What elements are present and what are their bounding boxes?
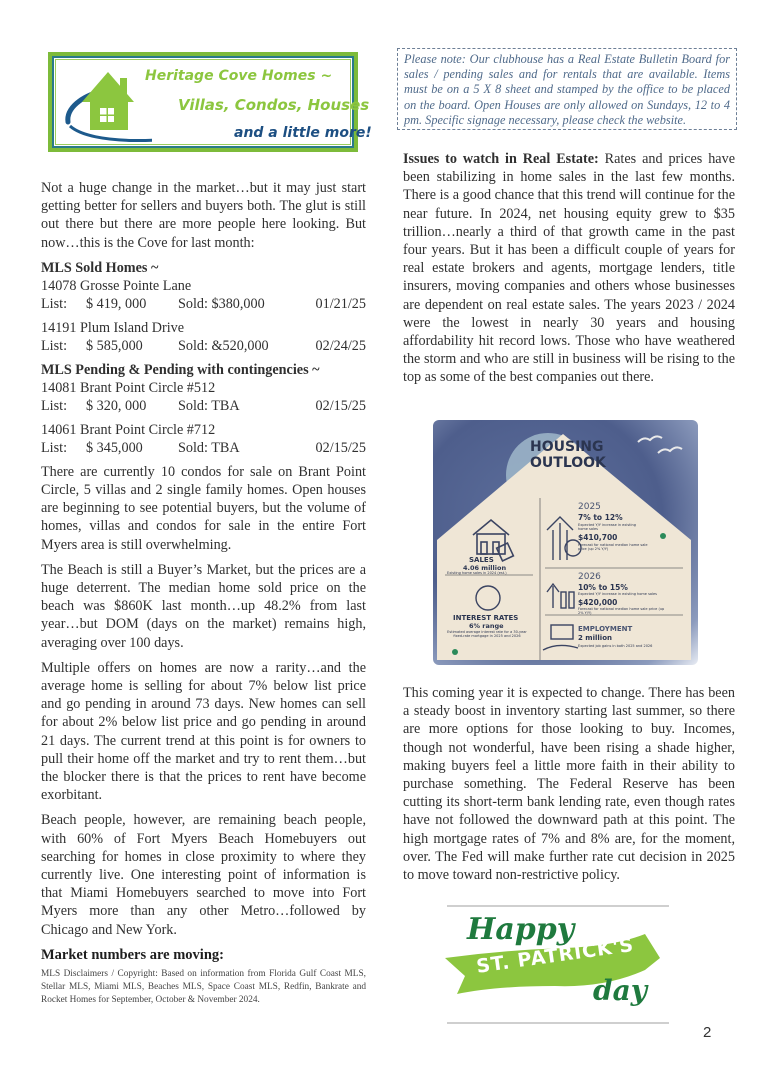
listing-address: 14061 Brant Point Circle #712 bbox=[41, 421, 366, 439]
interest-rates-value: 6% range bbox=[469, 622, 504, 630]
sold-price: Sold: $380,000 bbox=[178, 295, 298, 313]
range-2026: 10% to 15% bbox=[578, 583, 628, 592]
listing: 14191 Plum Island Drive List: $ 585,000 … bbox=[41, 319, 366, 355]
beach-market-paragraph: The Beach is still a Buyer’s Market, but… bbox=[41, 561, 366, 652]
interest-rates-label: INTEREST RATES bbox=[453, 614, 518, 622]
range-note-2026: Expected Y/Y increase in existing home s… bbox=[578, 592, 657, 596]
sold-price: Sold: TBA bbox=[178, 439, 298, 457]
price-2025: $410,700 bbox=[578, 533, 617, 542]
listing-date: 02/24/25 bbox=[298, 337, 366, 355]
listing: 14081 Brant Point Circle #512 List: $ 32… bbox=[41, 379, 366, 415]
divider-top bbox=[447, 905, 669, 907]
listing: 14061 Brant Point Circle #712 List: $ 34… bbox=[41, 421, 366, 457]
list-label: List: bbox=[41, 439, 86, 457]
logo-line-1: Heritage Cove Homes ~ bbox=[145, 68, 332, 84]
beach-people-paragraph: Beach people, however, are remaining bea… bbox=[41, 811, 366, 938]
list-label: List: bbox=[41, 337, 86, 355]
greeting-day: day bbox=[593, 974, 647, 1007]
sales-label: SALES bbox=[469, 556, 494, 564]
sales-note: Existing home sales in 2024 (est.) bbox=[447, 571, 507, 575]
notice-text: Please note: Our clubhouse has a Real Es… bbox=[404, 52, 730, 128]
price-2026: $420,000 bbox=[578, 598, 617, 607]
employment-label: EMPLOYMENT bbox=[578, 625, 632, 633]
listing-details: List: $ 419, 000 Sold: $380,000 01/21/25 bbox=[41, 295, 366, 313]
heritage-cove-logo: Heritage Cove Homes ~ Villas, Condos, Ho… bbox=[48, 52, 358, 152]
list-price: $ 320, 000 bbox=[86, 397, 178, 415]
price-note-2026: Forecast for national median home sale p… bbox=[578, 607, 668, 615]
infographic-title-2: OUTLOOK bbox=[530, 456, 606, 471]
issues-paragraph: Issues to watch in Real Estate: Rates an… bbox=[403, 150, 735, 387]
sold-homes-section: MLS Sold Homes ~ 14078 Grosse Pointe Lan… bbox=[41, 259, 366, 355]
listing-details: List: $ 320, 000 Sold: TBA 02/15/25 bbox=[41, 397, 366, 415]
listing-date: 02/15/25 bbox=[298, 397, 366, 415]
intro-paragraph: Not a huge change in the market…but it m… bbox=[41, 179, 366, 252]
list-price: $ 419, 000 bbox=[86, 295, 178, 313]
interest-rates-note: Estimated average interest rate for a 30… bbox=[447, 630, 527, 638]
infographic-title-1: HOUSING bbox=[530, 440, 604, 455]
list-label: List: bbox=[41, 295, 86, 313]
pending-section: MLS Pending & Pending with contingencies… bbox=[41, 361, 366, 457]
condos-paragraph: There are currently 10 condos for sale o… bbox=[41, 463, 366, 554]
sold-price: Sold: &520,000 bbox=[178, 337, 298, 355]
year-2025: 2025 bbox=[578, 502, 601, 512]
housing-outlook-infographic: HOUSING OUTLOOK 2025 7% to 12% Expected … bbox=[433, 420, 698, 665]
listing-date: 01/21/25 bbox=[298, 295, 366, 313]
list-price: $ 345,000 bbox=[86, 439, 178, 457]
issues-heading: Issues to watch in Real Estate: bbox=[403, 151, 599, 167]
right-column: Issues to watch in Real Estate: Rates an… bbox=[403, 150, 735, 394]
offers-paragraph: Multiple offers on homes are now a rarit… bbox=[41, 659, 366, 805]
market-numbers-heading: Market numbers are moving: bbox=[41, 946, 366, 964]
sold-price: Sold: TBA bbox=[178, 397, 298, 415]
listing-address: 14078 Grosse Pointe Lane bbox=[41, 277, 366, 295]
listing-details: List: $ 345,000 Sold: TBA 02/15/25 bbox=[41, 439, 366, 457]
house-swoosh-icon bbox=[62, 64, 152, 144]
list-label: List: bbox=[41, 397, 86, 415]
listing-date: 02/15/25 bbox=[298, 439, 366, 457]
newsletter-page: Heritage Cove Homes ~ Villas, Condos, Ho… bbox=[0, 0, 764, 1080]
bulletin-board-notice: Please note: Our clubhouse has a Real Es… bbox=[397, 48, 737, 130]
right-column-lower: This coming year it is expected to chang… bbox=[403, 684, 735, 891]
employment-note: Expected job gains in both 2025 and 2026 bbox=[578, 644, 652, 648]
pending-heading: MLS Pending & Pending with contingencies… bbox=[41, 361, 366, 379]
listing: 14078 Grosse Pointe Lane List: $ 419, 00… bbox=[41, 277, 366, 313]
listing-details: List: $ 585,000 Sold: &520,000 02/24/25 bbox=[41, 337, 366, 355]
year-2026: 2026 bbox=[578, 572, 601, 582]
range-2025: 7% to 12% bbox=[578, 513, 623, 522]
mls-disclaimer: MLS Disclaimers / Copyright: Based on in… bbox=[41, 968, 366, 1007]
greeting-happy: Happy bbox=[467, 912, 574, 947]
price-note-2025: Forecast for national median home sale p… bbox=[578, 543, 648, 551]
employment-value: 2 million bbox=[578, 634, 612, 642]
logo-line-3: and a little more! bbox=[234, 125, 372, 141]
divider-bottom bbox=[447, 1022, 669, 1024]
left-column: Not a huge change in the market…but it m… bbox=[41, 179, 366, 1007]
issues-text: Rates and prices have been stabilizing i… bbox=[403, 151, 735, 385]
range-note-2025: Expected Y/Y increase in existing home s… bbox=[578, 523, 638, 531]
st-patricks-day-greeting: Happy ST. PATRICK'S day bbox=[445, 908, 670, 1018]
page-number: 2 bbox=[703, 1024, 711, 1041]
listing-address: 14081 Brant Point Circle #512 bbox=[41, 379, 366, 397]
coming-year-paragraph: This coming year it is expected to chang… bbox=[403, 684, 735, 884]
logo-line-2: Villas, Condos, Houses bbox=[178, 96, 369, 114]
seagull-icon bbox=[658, 447, 682, 453]
listing-address: 14191 Plum Island Drive bbox=[41, 319, 366, 337]
list-price: $ 585,000 bbox=[86, 337, 178, 355]
sold-homes-heading: MLS Sold Homes ~ bbox=[41, 259, 366, 277]
seagull-icon bbox=[638, 436, 662, 442]
